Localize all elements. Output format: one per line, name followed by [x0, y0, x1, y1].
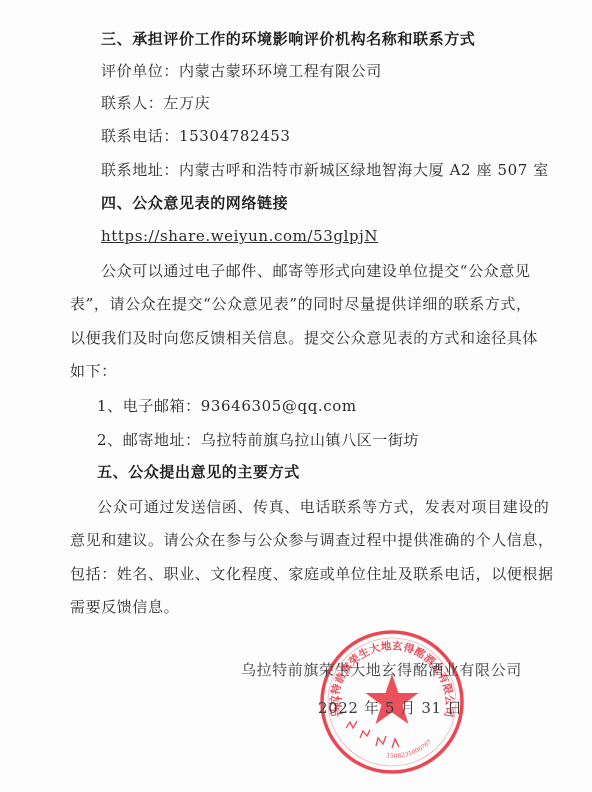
signing-date: 2022 年 5 月 31 日: [318, 698, 463, 718]
section-5-heading: 五、公众提出意见的主要方式: [97, 462, 300, 482]
section-4-paragraph-line-1: 公众可以通过电子邮件、邮寄等形式向建设单位提交“公众意见: [101, 261, 530, 281]
section-4-heading: 四、公众意见表的网络链接: [101, 193, 288, 213]
section-3-heading: 三、承担评价工作的环境影响评价机构名称和联系方式: [101, 29, 475, 49]
email-item: 1、电子邮箱：93646305@qq.com: [97, 396, 357, 416]
contact-person: 联系人：左万庆: [101, 93, 210, 113]
evaluation-unit: 评价单位：内蒙古蒙环环境工程有限公司: [101, 61, 382, 81]
signing-company: 乌拉特前旗荣生大地玄得酩酒业有限公司: [241, 660, 522, 680]
contact-address: 联系地址：内蒙古呼和浩特市新城区绿地智海大厦 A2 座 507 室: [101, 160, 549, 180]
section-5-paragraph-line-2: 意见和建议。请公众在参与公众参与调查过程中提供准确的个人信息，: [70, 530, 554, 550]
contact-phone: 联系电话：15304782453: [101, 126, 291, 146]
opinion-form-link[interactable]: https://share.weiyun.com/53glpjN: [101, 226, 378, 246]
section-4-paragraph-line-3: 以便我们及时向您反馈相关信息。提交公众意见表的方式和途径具体: [70, 328, 538, 348]
section-5-paragraph-line-1: 公众可通过发送信函、传真、电话联系等方式，发表对项目建设的: [97, 497, 549, 517]
svg-text:1508231000767: 1508231000767: [386, 738, 434, 759]
section-5-paragraph-line-4: 需要反馈信息。: [70, 597, 179, 617]
mail-address-item: 2、邮寄地址：乌拉特前旗乌拉山镇八区一街坊: [97, 430, 419, 450]
section-4-paragraph-line-2: 表”，请公众在提交“公众意见表”的同时尽量提供详细的联系方式，: [70, 294, 532, 314]
section-5-paragraph-line-3: 包括：姓名、职业、文化程度、家庭或单位住址及联系电话，以便根据: [70, 564, 554, 584]
section-4-paragraph-line-4: 如下：: [70, 361, 117, 381]
